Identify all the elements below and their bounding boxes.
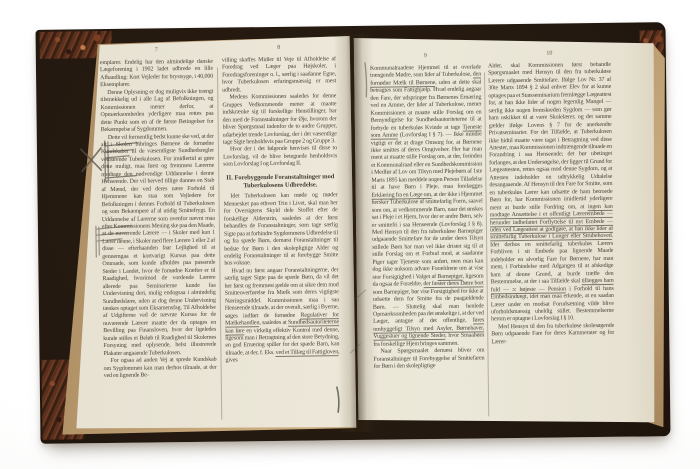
text-column-page-9: 9 Kommunalraadene Hjemmel til at overlad… [370,51,486,422]
pencil-underline: Barnepiger [437,273,462,280]
page-number-8: 8 [222,43,336,52]
paragraph: Naar Spørgsmaalet dernæst bliver om Fora… [373,348,484,372]
page-number-9: 9 [370,51,481,60]
column-text-8: villing skaffes Midler til Veje til Afho… [222,56,340,424]
pencil-underline: Tjeneste som Amme [371,124,482,140]
page-number-7: 7 [100,46,213,55]
paragraph: emplarer. Endelig har den almindelige da… [100,59,213,90]
pencil-underline: den fornødne Mælk til Børnene [370,72,481,88]
photo-background: 7 emplarer. Endelig har den almindelige … [0,0,700,469]
paragraph: Hvor der i det følgende henvises til dis… [223,146,337,170]
paragraph: Hvad nu først angaar Foranstaltningerne,… [224,267,339,365]
paragraph: Medens Kommissionen saaledes for denne G… [222,93,337,147]
column-text-10: Alder, skal Kommissionen først behandle … [488,62,615,420]
pencil-underline: ingen kan modtage Ansættelse i et offent… [490,203,613,241]
paragraph: villing skaffes Midler til Veje til Afho… [222,56,336,95]
text-column-page-10: 10 Alder, skal Kommissionen først behand… [488,49,616,420]
text-column-page-8: 8 villing skaffes Midler til Veje til Af… [222,43,341,424]
pencil-underline: føres omhyggeligt Tilsyn med Asyler, Bør… [373,318,484,341]
pencil-underline: der fæster deres Døtre bort [423,281,483,289]
paragraph: Idet Tuberkulosen kan møde og møder Menn… [224,193,339,269]
open-book: 7 emplarer. Endelig har den almindelige … [35,22,670,444]
pencil-underline: Erklæring fra en Læge om [372,192,432,200]
pencil-underline: tillægges ham fuld — ɔ: højeste — Pensio… [491,278,614,294]
paragraph: Dette vil formentlig bedst kunne ske ved… [101,133,217,358]
pencil-underline: ved et Tillæg til Fattigloven [276,349,339,357]
paragraph: Med Hensyn til den fra tuberkuløse skole… [491,323,614,347]
paragraph: Alder, skal Kommissionen først behandle … [488,62,614,324]
page-number-10: 10 [488,49,611,59]
paragraph: Kommunalraadene Hjemmel til at overlade … [370,64,484,349]
text-column-page-7: 7 emplarer. Endelig har den almindelige … [100,46,218,427]
paragraph: Denne Oplysning er dog muligvis ikke træ… [100,89,214,135]
section-heading: II. Forebyggende Foranstaltninger mod Tu… [224,173,336,190]
paragraph: For ogsaa ad anden Vej at sprede Kundska… [104,357,217,381]
column-text-7: emplarer. Endelig har den almindelige da… [100,59,217,427]
column-text-9: Kommunalraadene Hjemmel til at overlade … [370,64,485,422]
